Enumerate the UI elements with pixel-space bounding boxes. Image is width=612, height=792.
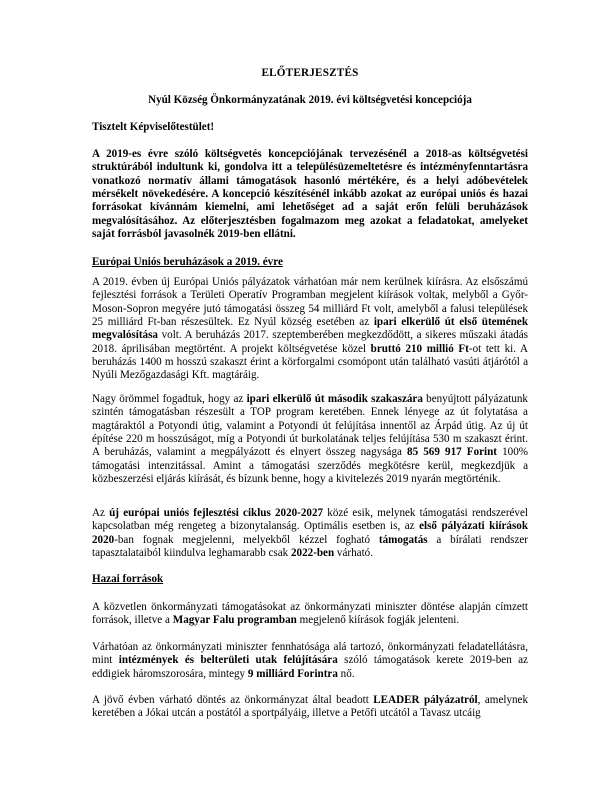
section-heading-domestic: Hazai források [92,573,163,586]
body-text: Nagy örömmel fogadtuk, hogy az [92,393,247,405]
emphasis-text: ipari elkerülő út második szakaszára [247,393,423,405]
body-text: várható. [334,547,373,559]
intro-paragraph: A 2019-es évre szóló költségvetés koncep… [92,148,528,241]
paragraph-domestic-1: A közvetlen önkormányzati támogatásokat … [92,601,528,628]
emphasis-text: támogatás [379,534,428,546]
section-heading-eu: Európai Uniós beruházások a 2019. évre [92,256,283,269]
document-subtitle: Nyúl Község Önkormányzatának 2019. évi k… [92,94,528,107]
emphasis-text: bruttó 210 millió Ft [371,343,469,355]
emphasis-text: intézmények és belterületi utak felújítá… [119,654,338,666]
document-title: ELŐTERJESZTÉS [92,67,528,80]
emphasis-text: Magyar Falu programban [173,614,297,626]
emphasis-text: 85 569 917 Forint [407,446,497,458]
body-text: A jövő évben várható döntés az önkormány… [92,694,373,706]
body-text: Az [92,507,109,519]
emphasis-text: új európai uniós fejlesztési ciklus 2020… [109,507,323,519]
emphasis-text: 2022-ben [291,547,334,559]
body-text: megjelenő kiírások fogják jelenteni. [297,614,459,626]
body-text: -ban fognak megjelenni, melyekből kézzel… [114,534,379,546]
paragraph-eu-2: Nagy örömmel fogadtuk, hogy az ipari elk… [92,393,528,486]
paragraph-domestic-2: Várhatóan az önkormányzati miniszter fen… [92,641,528,681]
emphasis-text: 9 milliárd Forintra [248,668,338,680]
paragraph-eu-1: A 2019. évben új Európai Uniós pályázato… [92,276,528,383]
body-text: nő. [338,668,355,680]
paragraph-eu-3: Az új európai uniós fejlesztési ciklus 2… [92,507,528,560]
salutation: Tisztelt Képviselőtestület! [92,121,214,134]
emphasis-text: LEADER pályázatról [373,694,477,706]
paragraph-domestic-3: A jövő évben várható döntés az önkormány… [92,694,528,721]
